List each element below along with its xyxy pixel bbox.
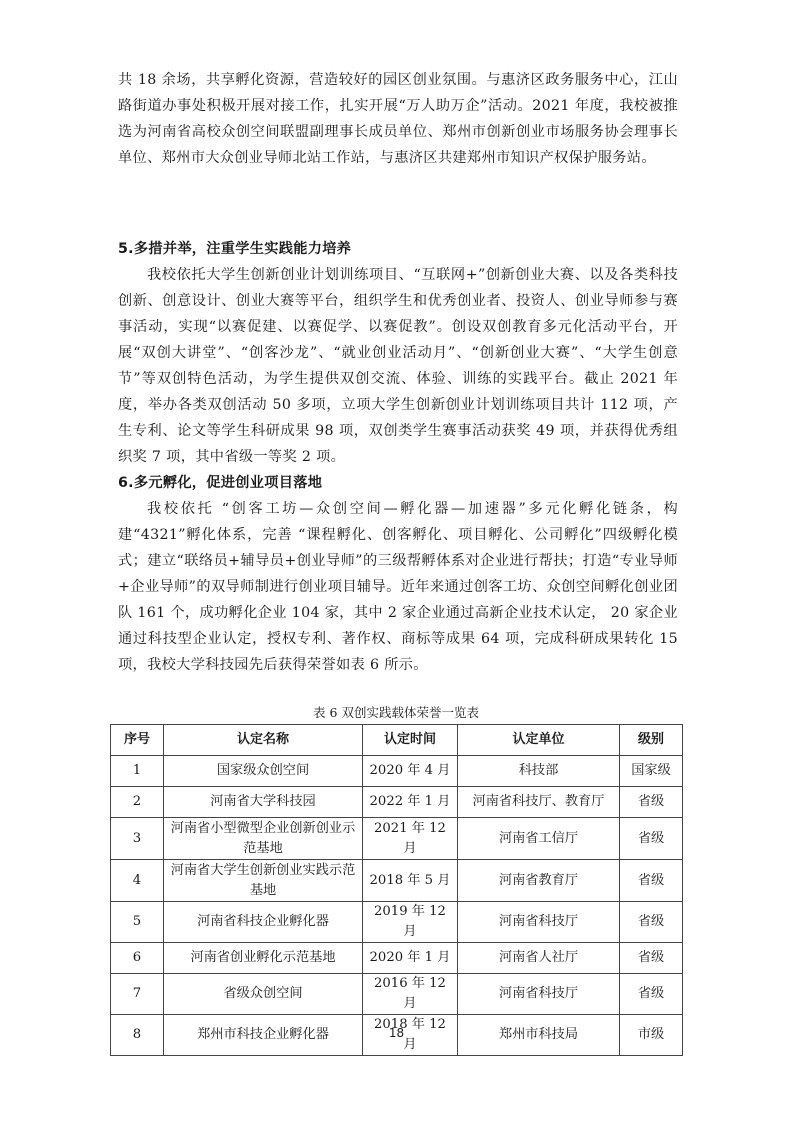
cell-authority: 河南省人社厅 — [458, 943, 620, 974]
cell-authority: 河南省科技厅、教育厅 — [458, 787, 620, 818]
body-text-block-1: 共 18 余场，共享孵化资源，营造较好的园区创业氛围。与惠济区政务服务中心，江山… — [118, 67, 678, 171]
cell-name: 国家级众创空间 — [164, 756, 363, 787]
cell-name: 河南省大学科技园 — [164, 787, 363, 818]
table-caption: 表 6 双创实践载体荣誉一览表 — [110, 704, 682, 722]
paragraph-continuation: 共 18 余场，共享孵化资源，营造较好的园区创业氛围。与惠济区政务服务中心，江山… — [118, 67, 678, 171]
cell-date: 2021 年 12 月 — [363, 818, 458, 860]
page-number: 18 — [0, 1026, 793, 1040]
cell-level: 省级 — [620, 860, 683, 902]
cell-name: 河南省科技企业孵化器 — [164, 902, 363, 943]
header-date: 认定时间 — [363, 725, 458, 756]
document-page: 共 18 余场，共享孵化资源，营造较好的园区创业氛围。与惠济区政务服务中心，江山… — [0, 0, 793, 1122]
paragraph-practice: 我校依托大学生创新创业计划训练项目、“互联网+”创新创业大赛、以及各类科技创新、… — [118, 262, 678, 470]
cell-authority: 河南省工信厅 — [458, 818, 620, 860]
cell-date: 2019 年 12 月 — [363, 902, 458, 943]
cell-level: 省级 — [620, 974, 683, 1015]
cell-name: 河南省创业孵化示范基地 — [164, 943, 363, 974]
cell-level: 国家级 — [620, 756, 683, 787]
cell-index: 3 — [111, 818, 164, 860]
cell-index: 2 — [111, 787, 164, 818]
table-row: 1 国家级众创空间 2020 年 4 月 科技部 国家级 — [111, 756, 683, 787]
paragraph-incubation: 我校依托 “创客工坊—众创空间—孵化器—加速器”多元化孵化链条，构建“4321”… — [118, 496, 678, 678]
cell-index: 7 — [111, 974, 164, 1015]
cell-authority: 科技部 — [458, 756, 620, 787]
cell-index: 6 — [111, 943, 164, 974]
section-heading-6: 6.多元孵化，促进创业项目落地 — [118, 470, 322, 496]
header-level: 级别 — [620, 725, 683, 756]
cell-level: 省级 — [620, 902, 683, 943]
cell-name: 省级众创空间 — [164, 974, 363, 1015]
header-authority: 认定单位 — [458, 725, 620, 756]
section-heading-5: 5.多措并举，注重学生实践能力培养 — [118, 236, 351, 262]
honors-table: 序号 认定名称 认定时间 认定单位 级别 1 国家级众创空间 2020 年 4 … — [110, 724, 683, 1056]
cell-date: 2020 年 1 月 — [363, 943, 458, 974]
cell-index: 4 — [111, 860, 164, 902]
body-text-block-3: 我校依托 “创客工坊—众创空间—孵化器—加速器”多元化孵化链条，构建“4321”… — [118, 496, 678, 678]
table-row: 4 河南省大学生创新创业实践示范基地 2018 年 5 月 河南省教育厅 省级 — [111, 860, 683, 902]
table-row: 5 河南省科技企业孵化器 2019 年 12 月 河南省科技厅 省级 — [111, 902, 683, 943]
cell-authority: 河南省教育厅 — [458, 860, 620, 902]
cell-index: 5 — [111, 902, 164, 943]
table-row: 6 河南省创业孵化示范基地 2020 年 1 月 河南省人社厅 省级 — [111, 943, 683, 974]
cell-level: 省级 — [620, 818, 683, 860]
cell-level: 省级 — [620, 943, 683, 974]
body-text-block-2: 我校依托大学生创新创业计划训练项目、“互联网+”创新创业大赛、以及各类科技创新、… — [118, 262, 678, 470]
header-index: 序号 — [111, 725, 164, 756]
table-row: 2 河南省大学科技园 2022 年 1 月 河南省科技厅、教育厅 省级 — [111, 787, 683, 818]
cell-name: 河南省大学生创新创业实践示范基地 — [164, 860, 363, 902]
table-row: 7 省级众创空间 2016 年 12 月 河南省科技厅 省级 — [111, 974, 683, 1015]
cell-authority: 河南省科技厅 — [458, 902, 620, 943]
cell-date: 2020 年 4 月 — [363, 756, 458, 787]
table-header-row: 序号 认定名称 认定时间 认定单位 级别 — [111, 725, 683, 756]
cell-name: 河南省小型微型企业创新创业示范基地 — [164, 818, 363, 860]
cell-index: 1 — [111, 756, 164, 787]
header-name: 认定名称 — [164, 725, 363, 756]
table-row: 3 河南省小型微型企业创新创业示范基地 2021 年 12 月 河南省工信厅 省… — [111, 818, 683, 860]
cell-authority: 河南省科技厅 — [458, 974, 620, 1015]
cell-date: 2018 年 5 月 — [363, 860, 458, 902]
cell-date: 2016 年 12 月 — [363, 974, 458, 1015]
cell-level: 省级 — [620, 787, 683, 818]
cell-date: 2022 年 1 月 — [363, 787, 458, 818]
